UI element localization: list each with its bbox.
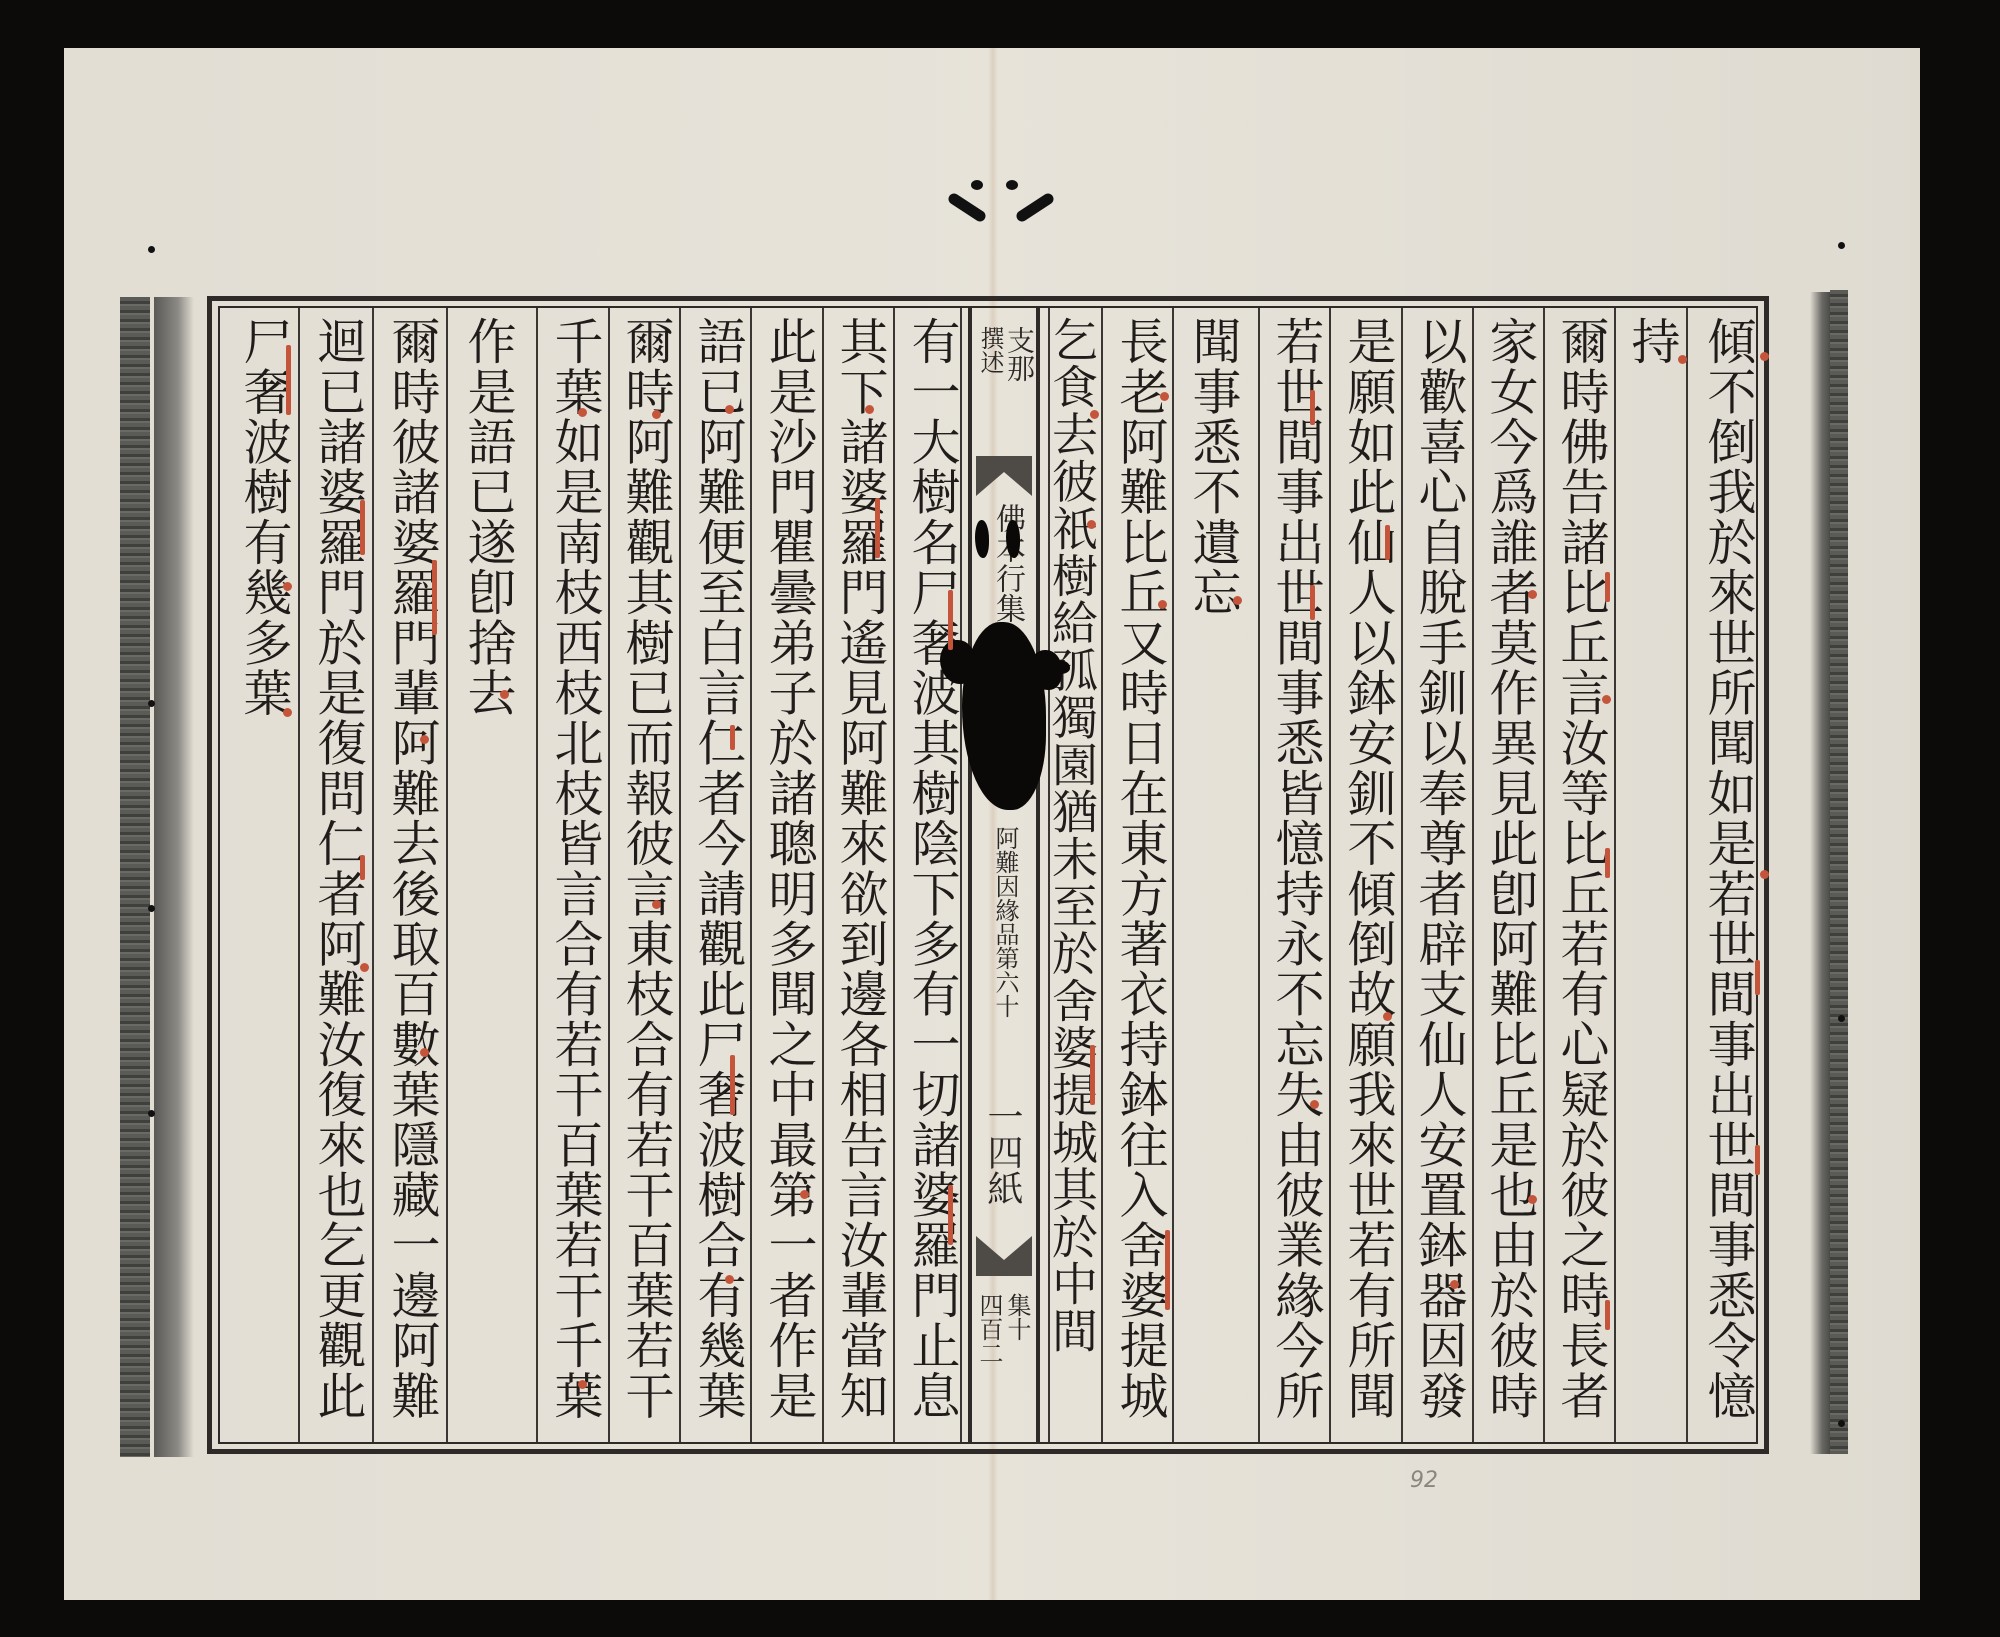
red-annotation-dot (1087, 520, 1096, 529)
binding-hole (1838, 1015, 1845, 1022)
text-column: 語已阿難便至白言仁者今請觀此尸奢波樹合有幾葉 (688, 316, 748, 1420)
text-column: 此是沙門瞿曇弟子於諸聰明多聞之中最第一者作是 (759, 316, 819, 1420)
right-edge-bar-outer (1830, 290, 1848, 1454)
column-rule (1329, 308, 1331, 1442)
red-annotation-dot (1450, 1280, 1459, 1289)
text-column: 千葉如是南枝西枝北枝皆言合有若干百葉若干千葉 (545, 316, 605, 1420)
column-rule (1472, 308, 1474, 1442)
banxin-volume-label-left: 四百二 (976, 1293, 1002, 1365)
text-column: 爾時阿難觀其樹已而報彼言東枝合有若干百葉若干 (616, 316, 676, 1420)
center-margin-banxin: 支那 撰述 佛本行集 阿難因緣品第六十 一四紙 集十 四百二 (968, 308, 1040, 1442)
red-annotation-mark (1755, 1145, 1760, 1175)
red-annotation-dot (578, 1380, 587, 1389)
text-column: 若世間事出世間事悉皆憶持永不忘失由彼業緣今所 (1266, 316, 1326, 1420)
ink-blot-stain (975, 520, 989, 558)
text-column: 聞事悉不遺忘 (1183, 316, 1243, 617)
column-rule (1401, 308, 1403, 1442)
binding-hole (148, 246, 155, 253)
fishtail-ornament-icon (940, 172, 1060, 222)
binding-hole (1838, 242, 1845, 249)
banxin-origin-label-left: 撰述 (976, 326, 1004, 374)
red-annotation-dot (1760, 352, 1769, 361)
red-annotation-dot (420, 1048, 429, 1057)
banxin-lower-fishtail (976, 1236, 1032, 1276)
red-annotation-dot (283, 582, 292, 591)
text-column: 有一大樹名尸奢波其樹陰下多有一切諸婆羅門止息 (902, 316, 962, 1420)
banxin-title: 佛本行集 (988, 503, 1026, 623)
red-annotation-dot (1528, 590, 1537, 599)
red-annotation-dot (652, 410, 661, 419)
text-column: 以歡喜心自脫手釧以奉尊者辟支仙人安置鉢器因發 (1409, 316, 1469, 1420)
text-column: 其下諸婆羅門遙見阿難來欲到邊各相告言汝輩當知 (830, 316, 890, 1420)
red-annotation-mark (948, 1185, 953, 1245)
banxin-rule-right (1036, 308, 1040, 1442)
red-annotation-dot (578, 408, 587, 417)
red-annotation-dot (1310, 1100, 1319, 1109)
red-annotation-dot (283, 708, 292, 717)
column-rule (536, 308, 538, 1442)
red-annotation-mark (1310, 585, 1315, 620)
red-annotation-mark (1755, 960, 1760, 995)
red-annotation-dot (1233, 596, 1242, 605)
text-column: 迴已諸婆羅門於是復問仁者阿難汝復來也乞更觀此 (308, 316, 368, 1420)
red-annotation-mark (1605, 1300, 1610, 1330)
red-annotation-mark (730, 1055, 735, 1115)
text-column: 爾時彼諸婆羅門輩阿難去後取百數葉隱藏一邊阿難 (382, 316, 442, 1420)
column-rule (1543, 308, 1545, 1442)
red-annotation-dot (1678, 355, 1687, 364)
banxin-chapter: 阿難因緣品第六十 (990, 826, 1020, 1018)
red-annotation-dot (1760, 870, 1769, 879)
text-column: 乞食去彼祇樹給孤獨園猶未至於舍婆提城其於中間 (1052, 316, 1102, 1354)
red-annotation-mark (1605, 848, 1610, 878)
column-rule (1686, 308, 1688, 1442)
column-rule (1614, 308, 1616, 1442)
red-annotation-dot (800, 1190, 809, 1199)
red-annotation-dot (1528, 1195, 1537, 1204)
text-column: 家女今爲誰者莫作異見此卽阿難比丘是也由於彼時 (1480, 316, 1540, 1420)
red-annotation-mark (1385, 525, 1390, 560)
ink-blot-stain (1046, 660, 1070, 674)
red-annotation-mark (730, 725, 735, 750)
left-edge-bar-inner (154, 297, 194, 1457)
column-rule (298, 308, 300, 1442)
pencil-page-number: 92 (1410, 1468, 1438, 1493)
banxin-upper-fishtail (976, 456, 1032, 496)
banxin-volume-label-right: 集十 (1004, 1293, 1030, 1341)
red-annotation-dot (1602, 695, 1611, 704)
red-annotation-mark (286, 345, 291, 415)
red-annotation-dot (1160, 392, 1169, 401)
binding-hole (1838, 1420, 1845, 1427)
column-rule (446, 308, 448, 1442)
red-annotation-dot (1090, 410, 1099, 419)
red-annotation-mark (1165, 1230, 1170, 1310)
ink-blot-stain (940, 640, 976, 684)
red-annotation-dot (360, 963, 369, 972)
red-annotation-mark (360, 855, 365, 880)
binding-hole (148, 1110, 155, 1117)
red-annotation-mark (948, 590, 953, 650)
red-annotation-dot (1158, 600, 1167, 609)
column-rule (750, 308, 752, 1442)
ink-blot-stain (1006, 520, 1020, 558)
red-annotation-dot (725, 1275, 734, 1284)
red-annotation-dot (500, 690, 509, 699)
red-annotation-dot (865, 405, 874, 414)
text-column: 是願如此仙人以鉢安釧不傾倒故願我來世若有所聞 (1338, 316, 1398, 1420)
column-rule (372, 308, 374, 1442)
binding-hole (148, 905, 155, 912)
red-annotation-dot (1383, 1012, 1392, 1021)
banxin-sheet-number: 一四紙 (982, 1098, 1022, 1206)
left-edge-bar-outer (120, 297, 150, 1457)
banxin-origin-label-right: 支那 (1004, 326, 1034, 382)
red-annotation-mark (432, 560, 437, 635)
column-rule (893, 308, 895, 1442)
column-rule (1172, 308, 1174, 1442)
red-annotation-mark (1310, 390, 1315, 425)
text-column: 尸奢波樹有幾多葉 (234, 316, 294, 718)
binding-hole (148, 700, 155, 707)
banxin-rule-left (968, 308, 972, 1442)
right-edge-bar-inner (1810, 292, 1830, 1454)
column-rule (1258, 308, 1260, 1442)
column-rule (822, 308, 824, 1442)
column-rule (679, 308, 681, 1442)
text-column: 持 (1622, 316, 1682, 366)
column-rule (608, 308, 610, 1442)
red-annotation-dot (725, 405, 734, 414)
text-column: 爾時佛告諸比丘言汝等比丘若有心疑於彼之時長者 (1551, 316, 1611, 1420)
red-annotation-dot (652, 900, 661, 909)
text-column: 傾不倒我於來世所聞如是若世間事出世間事悉令憶 (1698, 316, 1758, 1420)
red-annotation-dot (420, 735, 429, 744)
text-column: 長老阿難比丘又時日在東方著衣持鉢往入舍婆提城 (1110, 316, 1170, 1420)
red-annotation-mark (360, 500, 365, 555)
red-annotation-mark (1605, 572, 1610, 602)
red-annotation-mark (875, 498, 880, 558)
red-annotation-mark (1090, 1045, 1095, 1105)
text-column: 作是語已遂卽捨去 (458, 316, 518, 718)
